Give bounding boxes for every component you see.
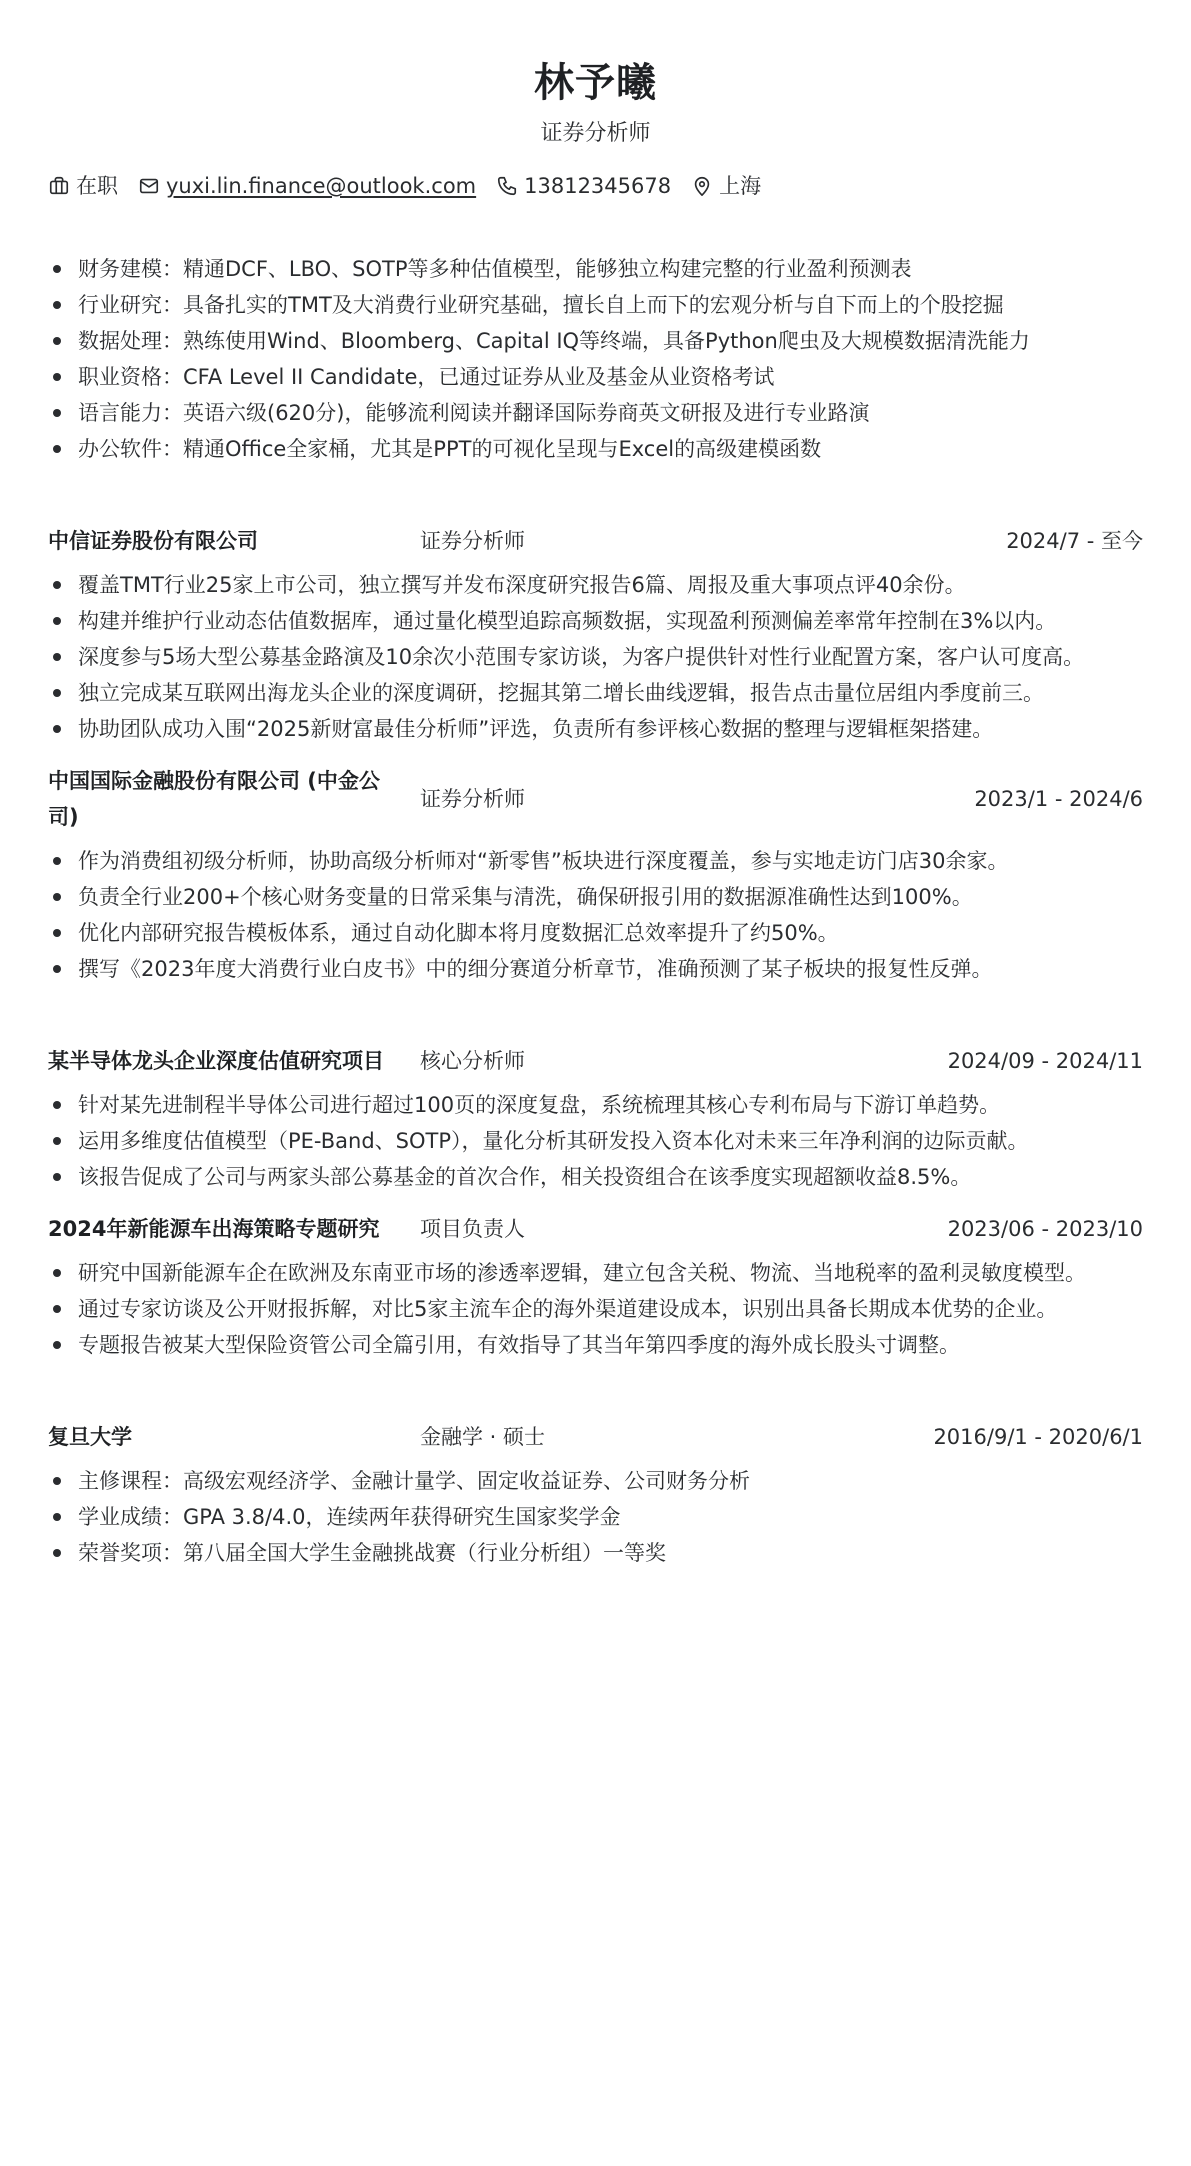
bullet-item: 深度参与5场大型公募基金路演及10余次小范围专家访谈，为客户提供针对性行业配置方…: [48, 639, 1143, 675]
bullet-item: 撰写《2023年度大消费行业白皮书》中的细分赛道分析章节，准确预测了某子板块的报…: [48, 951, 1143, 987]
email-link[interactable]: yuxi.lin.finance@outlook.com: [166, 171, 476, 201]
contact-phone: 13812345678: [496, 171, 671, 201]
date-range: 2023/06 - 2023/10: [948, 1211, 1143, 1247]
date-range: 2016/9/1 - 2020/6/1: [933, 1419, 1143, 1455]
company-name: 中信证券股份有限公司: [48, 523, 420, 559]
briefcase-icon: [48, 175, 70, 197]
work-entry: 中信证券股份有限公司 证券分析师 2024/7 - 至今 覆盖TMT行业25家上…: [48, 523, 1143, 747]
job-role: 证券分析师: [420, 523, 1006, 559]
bullet-item: 独立完成某互联网出海龙头企业的深度调研，挖掘其第二增长曲线逻辑，报告点击量位居组…: [48, 675, 1143, 711]
phone-text: 13812345678: [524, 171, 671, 201]
entry-bullets: 覆盖TMT行业25家上市公司，独立撰写并发布深度研究报告6篇、周报及重大事项点评…: [48, 567, 1143, 747]
bullet-item: 研究中国新能源车企在欧洲及东南亚市场的渗透率逻辑，建立包含关税、物流、当地税率的…: [48, 1255, 1143, 1291]
company-name: 中国国际金融股份有限公司 (中金公司): [48, 763, 420, 835]
project-role: 项目负责人: [420, 1211, 948, 1247]
contact-status: 在职: [48, 171, 118, 201]
job-role: 证券分析师: [420, 781, 974, 817]
entry-header: 某半导体龙头企业深度估值研究项目 核心分析师 2024/09 - 2024/11: [48, 1043, 1143, 1079]
entry-header: 复旦大学 金融学 · 硕士 2016/9/1 - 2020/6/1: [48, 1419, 1143, 1455]
bullet-item: 协助团队成功入围“2025新财富最佳分析师”评选，负责所有参评核心数据的整理与逻…: [48, 711, 1143, 747]
bullet-item: 构建并维护行业动态估值数据库，通过量化模型追踪高频数据，实现盈利预测偏差率常年控…: [48, 603, 1143, 639]
candidate-title: 证券分析师: [48, 116, 1143, 152]
entry-bullets: 主修课程：高级宏观经济学、金融计量学、固定收益证券、公司财务分析 学业成绩：GP…: [48, 1463, 1143, 1571]
candidate-name: 林予曦: [48, 50, 1143, 116]
degree: 金融学 · 硕士: [420, 1419, 933, 1455]
project-entry: 2024年新能源车出海策略专题研究 项目负责人 2023/06 - 2023/1…: [48, 1211, 1143, 1363]
entry-header: 中信证券股份有限公司 证券分析师 2024/7 - 至今: [48, 523, 1143, 559]
map-pin-icon: [691, 175, 713, 197]
entry-header: 中国国际金融股份有限公司 (中金公司) 证券分析师 2023/1 - 2024/…: [48, 763, 1143, 835]
entry-bullets: 研究中国新能源车企在欧洲及东南亚市场的渗透率逻辑，建立包含关税、物流、当地税率的…: [48, 1255, 1143, 1363]
date-range: 2023/1 - 2024/6: [974, 781, 1143, 817]
entry-bullets: 针对某先进制程半导体公司进行超过100页的深度复盘，系统梳理其核心专利布局与下游…: [48, 1087, 1143, 1195]
contact-email: yuxi.lin.finance@outlook.com: [138, 171, 476, 201]
bullet-item: 通过专家访谈及公开财报拆解，对比5家主流车企的海外渠道建设成本，识别出具备长期成…: [48, 1291, 1143, 1327]
contact-bar: 在职 yuxi.lin.finance@outlook.com 13812345…: [48, 171, 1143, 201]
project-entry: 某半导体龙头企业深度估值研究项目 核心分析师 2024/09 - 2024/11…: [48, 1043, 1143, 1195]
contact-location: 上海: [691, 171, 761, 201]
resume-page: 林予曦 证券分析师 在职 yuxi.lin.finance@outlook.co…: [0, 0, 1191, 1611]
skills-section: 财务建模：精通DCF、LBO、SOTP等多种估值模型，能够独立构建完整的行业盈利…: [48, 251, 1143, 467]
skill-item: 语言能力：英语六级(620分)，能够流利阅读并翻译国际券商英文研报及进行专业路演: [48, 395, 1143, 431]
resume-header: 林予曦 证券分析师: [48, 50, 1143, 152]
project-role: 核心分析师: [420, 1043, 948, 1079]
education-entry: 复旦大学 金融学 · 硕士 2016/9/1 - 2020/6/1 主修课程：高…: [48, 1419, 1143, 1571]
skills-list: 财务建模：精通DCF、LBO、SOTP等多种估值模型，能够独立构建完整的行业盈利…: [48, 251, 1143, 467]
bullet-item: 优化内部研究报告模板体系，通过自动化脚本将月度数据汇总效率提升了约50%。: [48, 915, 1143, 951]
location-text: 上海: [719, 171, 761, 201]
project-name: 某半导体龙头企业深度估值研究项目: [48, 1043, 420, 1079]
status-text: 在职: [76, 171, 118, 201]
date-range: 2024/09 - 2024/11: [948, 1043, 1143, 1079]
mail-icon: [138, 175, 160, 197]
skill-item: 职业资格：CFA Level II Candidate，已通过证券从业及基金从业…: [48, 359, 1143, 395]
date-range: 2024/7 - 至今: [1006, 523, 1143, 559]
bullet-item: 主修课程：高级宏观经济学、金融计量学、固定收益证券、公司财务分析: [48, 1463, 1143, 1499]
work-entry: 中国国际金融股份有限公司 (中金公司) 证券分析师 2023/1 - 2024/…: [48, 763, 1143, 987]
bullet-item: 该报告促成了公司与两家头部公募基金的首次合作，相关投资组合在该季度实现超额收益8…: [48, 1159, 1143, 1195]
bullet-item: 运用多维度估值模型（PE-Band、SOTP），量化分析其研发投入资本化对未来三…: [48, 1123, 1143, 1159]
entry-header: 2024年新能源车出海策略专题研究 项目负责人 2023/06 - 2023/1…: [48, 1211, 1143, 1247]
entry-bullets: 作为消费组初级分析师，协助高级分析师对“新零售”板块进行深度覆盖，参与实地走访门…: [48, 843, 1143, 987]
phone-icon: [496, 175, 518, 197]
bullet-item: 覆盖TMT行业25家上市公司，独立撰写并发布深度研究报告6篇、周报及重大事项点评…: [48, 567, 1143, 603]
bullet-item: 荣誉奖项：第八届全国大学生金融挑战赛（行业分析组）一等奖: [48, 1535, 1143, 1571]
skill-item: 数据处理：熟练使用Wind、Bloomberg、Capital IQ等终端，具备…: [48, 323, 1143, 359]
skill-item: 财务建模：精通DCF、LBO、SOTP等多种估值模型，能够独立构建完整的行业盈利…: [48, 251, 1143, 287]
work-section: 中信证券股份有限公司 证券分析师 2024/7 - 至今 覆盖TMT行业25家上…: [48, 523, 1143, 987]
bullet-item: 针对某先进制程半导体公司进行超过100页的深度复盘，系统梳理其核心专利布局与下游…: [48, 1087, 1143, 1123]
bullet-item: 作为消费组初级分析师，协助高级分析师对“新零售”板块进行深度覆盖，参与实地走访门…: [48, 843, 1143, 879]
skill-item: 办公软件：精通Office全家桶，尤其是PPT的可视化呈现与Excel的高级建模…: [48, 431, 1143, 467]
bullet-item: 学业成绩：GPA 3.8/4.0，连续两年获得研究生国家奖学金: [48, 1499, 1143, 1535]
projects-section: 某半导体龙头企业深度估值研究项目 核心分析师 2024/09 - 2024/11…: [48, 1043, 1143, 1363]
bullet-item: 专题报告被某大型保险资管公司全篇引用，有效指导了其当年第四季度的海外成长股头寸调…: [48, 1327, 1143, 1363]
project-name: 2024年新能源车出海策略专题研究: [48, 1211, 420, 1247]
bullet-item: 负责全行业200+个核心财务变量的日常采集与清洗，确保研报引用的数据源准确性达到…: [48, 879, 1143, 915]
education-section: 复旦大学 金融学 · 硕士 2016/9/1 - 2020/6/1 主修课程：高…: [48, 1419, 1143, 1571]
skill-item: 行业研究：具备扎实的TMT及大消费行业研究基础，擅长自上而下的宏观分析与自下而上…: [48, 287, 1143, 323]
school-name: 复旦大学: [48, 1419, 420, 1455]
